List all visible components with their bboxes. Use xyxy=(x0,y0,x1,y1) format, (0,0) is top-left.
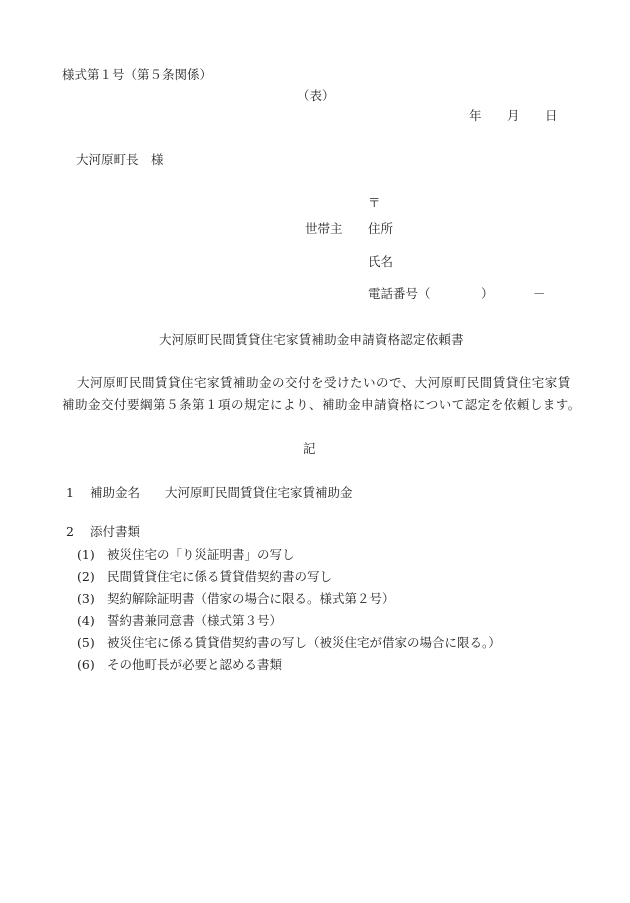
phone-label: 電話番号（ xyxy=(368,286,431,302)
body-line-1: 大河原町民間賃貸住宅家賃補助金の交付を受けたいので、大河原町民間賃貸住宅家賃 xyxy=(77,375,571,391)
list-item-number: (3) xyxy=(77,591,95,607)
date-month-label: 月 xyxy=(507,108,520,124)
section-1-number: 1 xyxy=(66,485,74,501)
date-day-label: 日 xyxy=(545,108,558,124)
list-item-number: (6) xyxy=(77,657,95,673)
list-item-text: 契約解除証明書（借家の場合に限る。様式第２号） xyxy=(107,591,395,607)
list-item-number: (1) xyxy=(77,547,95,563)
addressee: 大河原町長 様 xyxy=(76,152,164,168)
householder-label: 世帯主 xyxy=(305,221,343,237)
list-item-text: 民間賃貸住宅に係る賃貸借契約書の写し xyxy=(107,569,332,585)
address-label: 住所 xyxy=(368,221,393,237)
body-line-2: 補助金交付要綱第５条第１項の規定により、補助金申請資格について認定を依頼します。 xyxy=(62,397,581,413)
ki-label: 記 xyxy=(303,441,316,457)
list-item-number: (2) xyxy=(77,569,95,585)
list-item-text: 誓約書兼同意書（様式第３号） xyxy=(107,613,282,629)
section-2-label: 添付書類 xyxy=(90,524,140,540)
section-2-number: 2 xyxy=(66,524,74,540)
list-item-text: その他町長が必要と認める書類 xyxy=(107,657,282,673)
form-number: 様式第１号（第５条関係） xyxy=(62,67,212,83)
document-title: 大河原町民間賃貸住宅家賃補助金申請資格認定依頼書 xyxy=(159,332,464,348)
list-item-number: (5) xyxy=(77,635,95,651)
section-1-value: 大河原町民間賃貸住宅家賃補助金 xyxy=(165,485,353,501)
list-item-text: 被災住宅に係る賃貸借契約書の写し（被災住宅が借家の場合に限る。） xyxy=(107,635,501,651)
side-label: （表） xyxy=(297,88,335,104)
phone-dash: － xyxy=(533,286,546,302)
name-label: 氏名 xyxy=(368,254,393,270)
postal-mark: 〒 xyxy=(368,195,381,211)
phone-close-paren: ） xyxy=(481,286,494,302)
section-1-label: 補助金名 xyxy=(90,485,140,501)
date-year-label: 年 xyxy=(469,108,482,124)
list-item-text: 被災住宅の「り災証明書」の写し xyxy=(107,547,295,563)
list-item-number: (4) xyxy=(77,613,95,629)
